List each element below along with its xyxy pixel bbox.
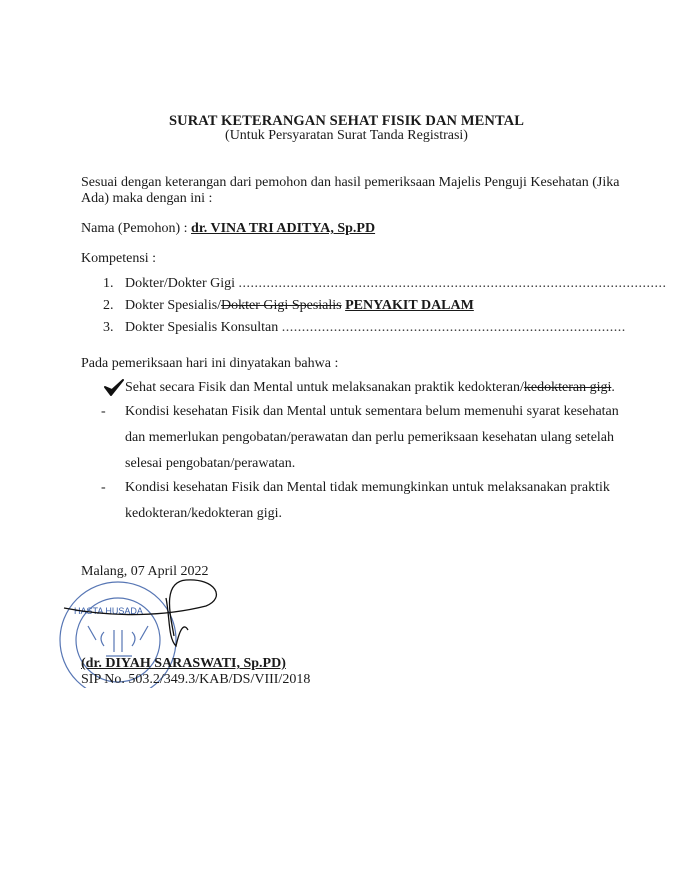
exam-option-3-line-2: kedokteran/kedokteran gigi. (125, 505, 282, 523)
struck-text: kedokteran gigi (524, 380, 611, 395)
dash-marker: - (101, 479, 106, 497)
item-number: 3. (103, 319, 125, 337)
examination-label: Pada pemeriksaan hari ini dinyatakan bah… (81, 355, 338, 373)
competence-item-1: 1.Dokter/Dokter Gigi ...................… (103, 275, 667, 293)
exam-option-2-line-2: dan memerlukan pengobatan/perawatan dan … (125, 429, 614, 447)
place-date: Malang, 07 April 2022 (81, 563, 209, 581)
applicant-name: dr. VINA TRI ADITYA, Sp.PD (191, 221, 375, 236)
dash-marker: - (101, 403, 106, 421)
competence-item-3: 3.Dokter Spesialis Konsultan ...........… (103, 319, 626, 337)
applicant-label: Nama (Pemohon) : (81, 221, 191, 236)
fill-dots: ........................................… (239, 276, 667, 291)
item-text: Dokter/Dokter Gigi (125, 276, 235, 291)
competence-label: Kompetensi : (81, 250, 156, 268)
document-subtitle: (Untuk Persyaratan Surat Tanda Registras… (0, 128, 693, 144)
exam-option-2-line-3: selesai pengobatan/perawatan. (125, 455, 295, 473)
item-text: Dokter Spesialis Konsultan (125, 320, 278, 335)
sip-number: SIP No. 503.2/349.3/KAB/DS/VIII/2018 (81, 671, 310, 689)
competence-item-2: 2.Dokter Spesialis/Dokter Gigi Spesialis… (103, 297, 474, 315)
fill-dots: ........................................… (282, 320, 626, 335)
struck-text: Dokter Gigi Spesialis (221, 298, 342, 313)
item-number: 1. (103, 275, 125, 293)
exam-option-3-line-1: Kondisi kesehatan Fisik dan Mental tidak… (125, 479, 610, 497)
exam-option-2-line-1: Kondisi kesehatan Fisik dan Mental untuk… (125, 403, 619, 421)
specialty-value: PENYAKIT DALAM (345, 298, 474, 313)
item-number: 2. (103, 297, 125, 315)
exam-option-1: Sehat secara Fisik dan Mental untuk mela… (125, 379, 615, 397)
item-text: Dokter Spesialis/ (125, 298, 221, 313)
applicant-row: Nama (Pemohon) : dr. VINA TRI ADITYA, Sp… (81, 220, 375, 238)
intro-line-2: Ada) maka dengan ini : (81, 190, 212, 208)
check-icon (104, 379, 124, 397)
